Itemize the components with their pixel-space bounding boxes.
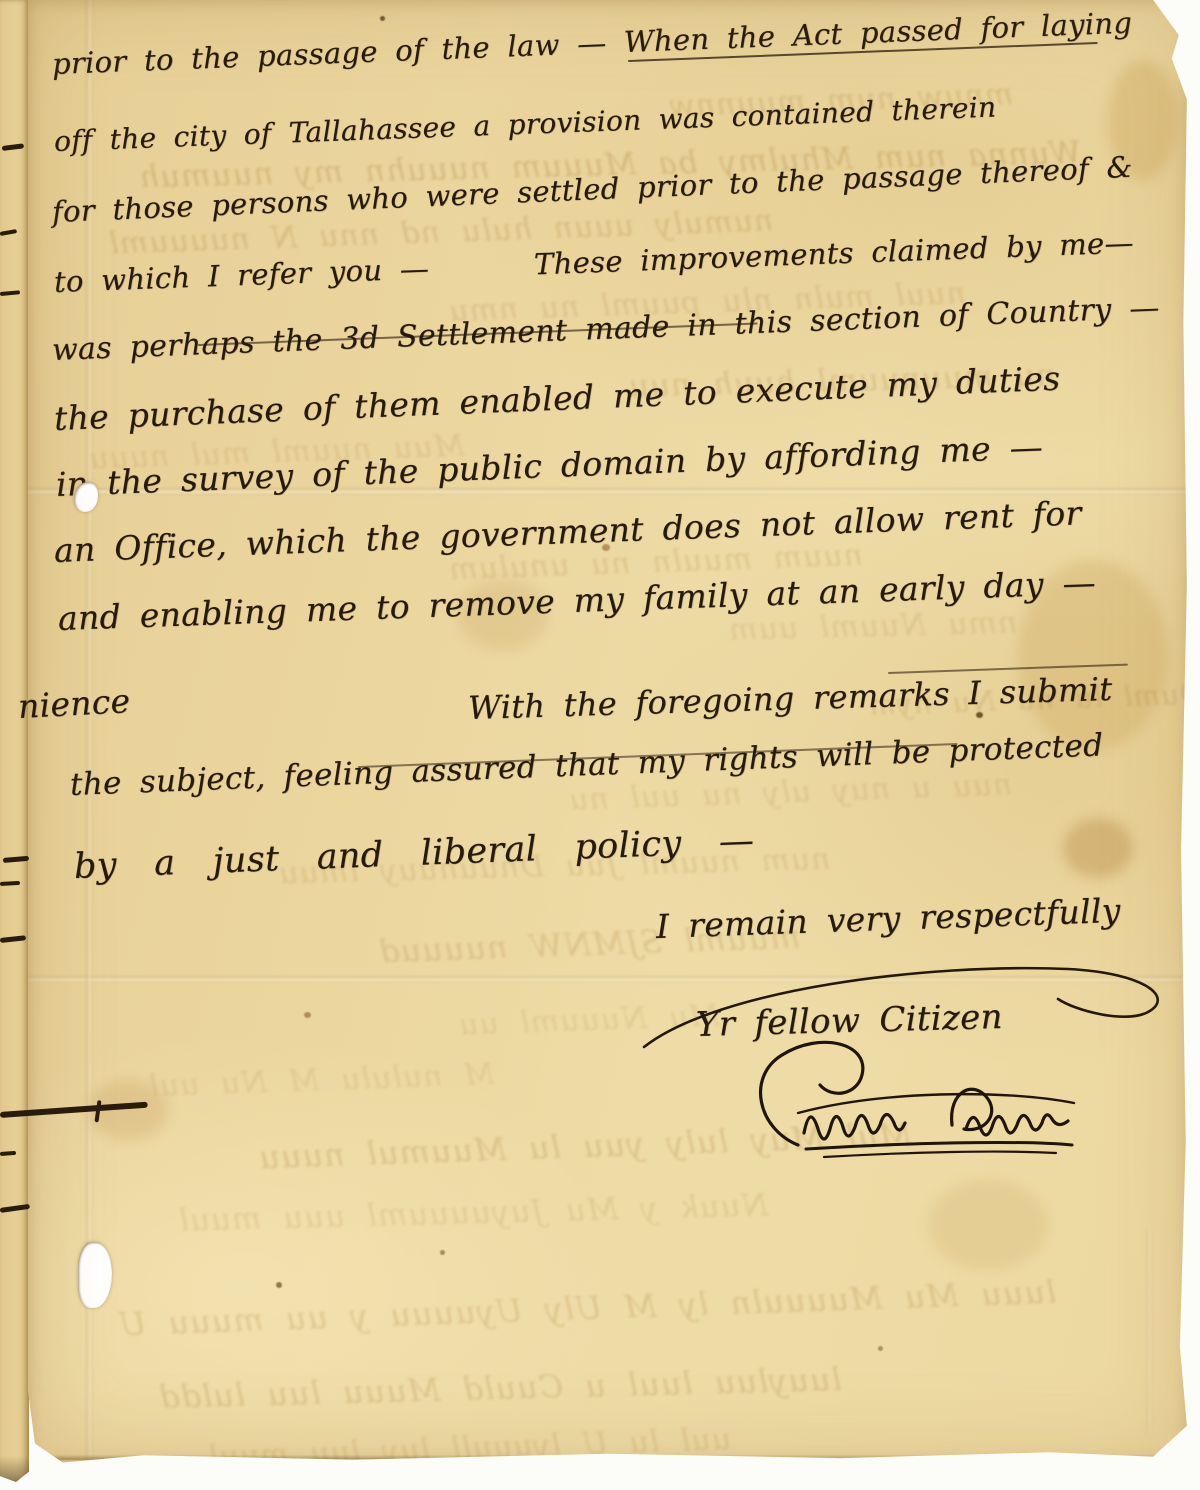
fox-spot xyxy=(440,1250,445,1255)
fox-spot xyxy=(976,712,983,718)
scanned-letter: nience mnuw num muunnw Wunna num Mhulmy … xyxy=(0,0,1200,1490)
paper-hole xyxy=(74,482,98,512)
bleedthrough-ink: luuu Mu Muuuuln ly M Uly Uyuuuu y uu muu… xyxy=(118,1276,1057,1341)
signature xyxy=(740,1028,1120,1168)
letter-page: mnuw num muunnw Wunna num Mhulmy ba Muuu… xyxy=(28,0,1188,1464)
adjacent-page-edge xyxy=(0,0,29,1482)
stain xyxy=(1063,818,1133,878)
bleedthrough-ink: nmu Nuuml uum xyxy=(728,608,1018,646)
fox-spot xyxy=(380,16,385,21)
letter-line: prior to the passage of the law — When t… xyxy=(51,9,1132,79)
fox-spot xyxy=(304,1012,311,1018)
paper-hole xyxy=(78,1242,112,1308)
bleedthrough-ink: uul lu U lyuuull luy luu muul xyxy=(208,1425,732,1473)
letter-line: I remain very respectfully xyxy=(655,894,1121,943)
fox-spot xyxy=(276,1282,282,1288)
paper-bottom-edge xyxy=(28,1455,1188,1460)
stain xyxy=(928,1180,1048,1270)
letter-line: the purchase of them enabled me to execu… xyxy=(53,362,1061,435)
bleedthrough-ink: M nululu M Nu uul xyxy=(148,1060,496,1102)
bleedthrough-ink: luuyluu luul u Cuuld Muuu luu luldd xyxy=(158,1363,842,1413)
edge-smudge xyxy=(0,1456,29,1482)
bleedthrough-ink: Nuuk y Mu Juyuuuuml uuu muul xyxy=(178,1190,769,1236)
fox-spot xyxy=(878,1346,883,1351)
margin-fragment-text: nience xyxy=(17,684,131,723)
fold-crease-vertical xyxy=(1146,1230,1153,1434)
